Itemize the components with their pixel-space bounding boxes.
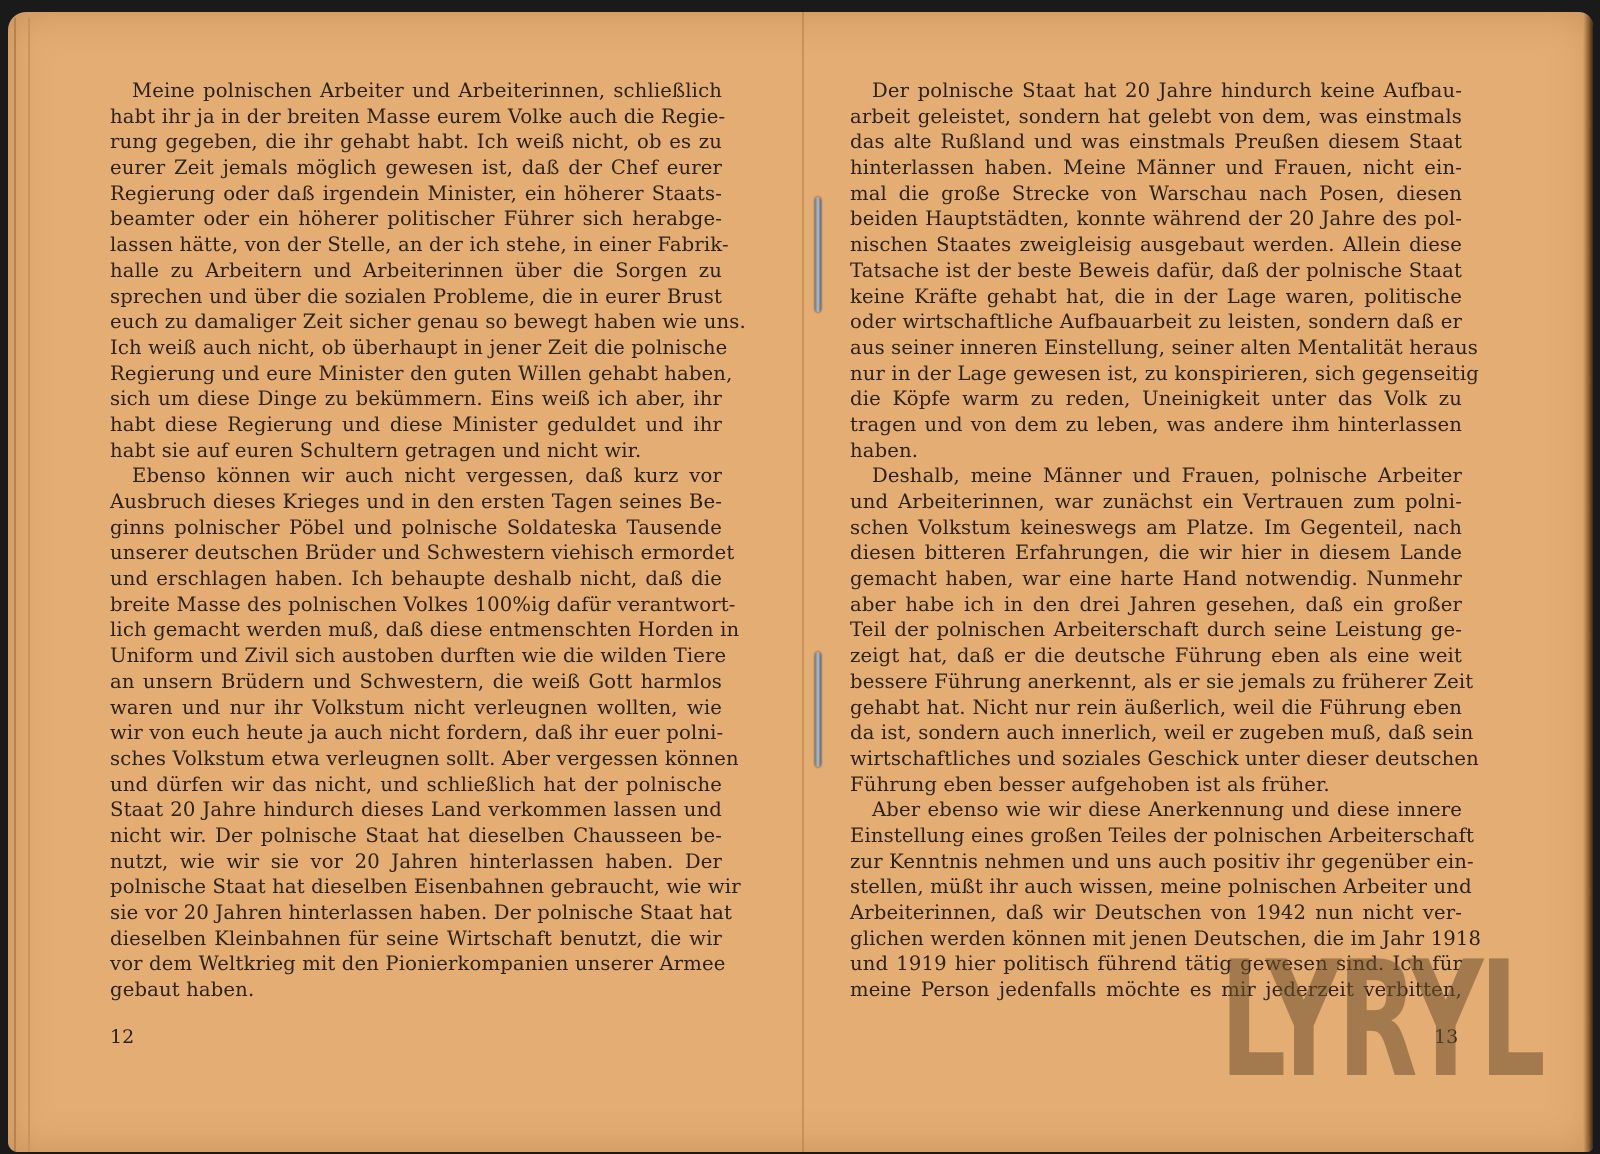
text-line: Der polnische Staat hat 20 Jahre hindurc… xyxy=(850,78,1462,104)
text-line: Einstellung eines großen Teiles der poln… xyxy=(850,823,1462,849)
text-line: Uniform und Zivil sich austoben durften … xyxy=(110,643,722,669)
spine-fold xyxy=(802,12,804,1152)
text-line: waren und nur ihr Volkstum nicht verleug… xyxy=(110,695,722,721)
text-line: tragen und von dem zu leben, was andere … xyxy=(850,412,1462,438)
text-line: halle zu Arbeitern und Arbeiterinnen übe… xyxy=(110,258,722,284)
text-line: Arbeiterinnen, daß wir Deutschen von 194… xyxy=(850,900,1462,926)
text-line: vor dem Weltkrieg mit den Pionierkompani… xyxy=(110,951,722,977)
text-line: mal die große Strecke von Warschau nach … xyxy=(850,181,1462,207)
text-line: ginns polnischer Pöbel und polnische Sol… xyxy=(110,515,722,541)
text-line: hinterlassen haben. Meine Männer und Fra… xyxy=(850,155,1462,181)
cover-edge xyxy=(1583,12,1593,1152)
right-page-number: 13 xyxy=(1434,1026,1458,1048)
text-line: und erschlagen haben. Ich behaupte desha… xyxy=(110,566,722,592)
text-line: nutzt, wie wir sie vor 20 Jahren hinterl… xyxy=(110,849,722,875)
text-line: und dürfen wir das nicht, und schließlic… xyxy=(110,772,722,798)
text-line: wir von euch heute ja auch nicht fordern… xyxy=(110,720,722,746)
text-line: beamter oder ein höherer politischer Füh… xyxy=(110,206,722,232)
text-line: Führung eben besser aufgehoben ist als f… xyxy=(850,772,1462,798)
text-line: nur in der Lage gewesen ist, zu konspiri… xyxy=(850,361,1462,387)
text-line: und 1919 hier politisch führend tätig ge… xyxy=(850,951,1462,977)
left-page-number: 12 xyxy=(110,1026,134,1048)
text-line: gehabt hat. Nicht nur rein äußerlich, we… xyxy=(850,695,1462,721)
text-line: lassen hätte, von der Stelle, an der ich… xyxy=(110,232,722,258)
text-line: habt ihr ja in der breiten Masse eurem V… xyxy=(110,104,722,130)
text-line: aus seiner inneren Einstellung, seiner a… xyxy=(850,335,1462,361)
text-line: dieselben Kleinbahnen für seine Wirtscha… xyxy=(110,926,722,952)
text-line: Teil der polnischen Arbeiterschaft durch… xyxy=(850,617,1462,643)
text-line: wirtschaftliches und soziales Geschick u… xyxy=(850,746,1462,772)
text-line: Regierung oder daß irgendein Minister, e… xyxy=(110,181,722,207)
left-page-text: Meine polnischen Arbeiter und Arbeiterin… xyxy=(110,78,722,1003)
text-line: da ist, sondern auch innerlich, weil er … xyxy=(850,720,1462,746)
text-line: lich gemacht werden muß, daß diese entme… xyxy=(110,617,722,643)
text-line: meine Person jedenfalls möchte es mir je… xyxy=(850,977,1462,1003)
text-line: polnische Staat hat dieselben Eisenbahne… xyxy=(110,874,722,900)
text-line: gemacht haben, war eine harte Hand notwe… xyxy=(850,566,1462,592)
text-line: habt sie auf euren Schultern getragen un… xyxy=(110,438,722,464)
text-line: Tatsache ist der beste Beweis dafür, daß… xyxy=(850,258,1462,284)
text-line: sprechen und über die sozialen Probleme,… xyxy=(110,284,722,310)
text-line: schen Volkstum keineswegs am Platze. Im … xyxy=(850,515,1462,541)
text-line: Meine polnischen Arbeiter und Arbeiterin… xyxy=(110,78,722,104)
text-line: Ausbruch dieses Krieges und in den erste… xyxy=(110,489,722,515)
text-line: beiden Hauptstädten, konnte während der … xyxy=(850,206,1462,232)
text-line: oder wirtschaftliche Aufbauarbeit zu lei… xyxy=(850,309,1462,335)
text-line: Staat 20 Jahre hindurch dieses Land verk… xyxy=(110,797,722,823)
text-line: Ich weiß auch nicht, ob überhaupt in jen… xyxy=(110,335,722,361)
text-line: an unsern Brüdern und Schwestern, die we… xyxy=(110,669,722,695)
text-line: haben. xyxy=(850,438,1462,464)
text-line: Regierung und eure Minister den guten Wi… xyxy=(110,361,722,387)
text-line: keine Kräfte gehabt hat, die in der Lage… xyxy=(850,284,1462,310)
text-line: die Köpfe warm zu reden, Uneinigkeit unt… xyxy=(850,386,1462,412)
text-line: sches Volkstum etwa verleugnen sollt. Ab… xyxy=(110,746,722,772)
text-line: nicht wir. Der polnische Staat hat diese… xyxy=(110,823,722,849)
text-line: und Arbeiterinnen, war zunächst ein Vert… xyxy=(850,489,1462,515)
text-line: Deshalb, meine Männer und Frauen, polnis… xyxy=(850,463,1462,489)
text-line: eurer Zeit jemals möglich gewesen ist, d… xyxy=(110,155,722,181)
text-line: bessere Führung anerkennt, als er sie je… xyxy=(850,669,1462,695)
text-line: breite Masse des polnischen Volkes 100%i… xyxy=(110,592,722,618)
text-line: das alte Rußland und was einstmals Preuß… xyxy=(850,129,1462,155)
text-line: gebaut haben. xyxy=(110,977,722,1003)
text-line: rung gegeben, die ihr gehabt habt. Ich w… xyxy=(110,129,722,155)
staple-icon xyxy=(815,197,821,312)
text-line: stellen, müßt ihr auch wissen, meine pol… xyxy=(850,874,1462,900)
text-line: unserer deutschen Brüder und Schwestern … xyxy=(110,540,722,566)
text-line: aber habe ich in den drei Jahren gesehen… xyxy=(850,592,1462,618)
page-stack-edge xyxy=(14,18,30,1152)
text-line: glichen werden können mit jenen Deutsche… xyxy=(850,926,1462,952)
text-line: sich um diese Dinge zu bekümmern. Eins w… xyxy=(110,386,722,412)
text-line: Aber ebenso wie wir diese Anerkennung un… xyxy=(850,797,1462,823)
text-line: zeigt hat, daß er die deutsche Führung e… xyxy=(850,643,1462,669)
text-line: euch zu damaliger Zeit sicher genau so b… xyxy=(110,309,722,335)
text-line: sie vor 20 Jahren hinterlassen haben. De… xyxy=(110,900,722,926)
text-line: diesen bitteren Erfahrungen, die wir hie… xyxy=(850,540,1462,566)
text-line: arbeit geleistet, sondern hat gelebt von… xyxy=(850,104,1462,130)
text-line: habt diese Regierung und diese Minister … xyxy=(110,412,722,438)
text-line: zur Kenntnis nehmen und uns auch positiv… xyxy=(850,849,1462,875)
staple-icon xyxy=(815,652,821,767)
text-line: Ebenso können wir auch nicht vergessen, … xyxy=(110,463,722,489)
right-page-text: Der polnische Staat hat 20 Jahre hindurc… xyxy=(850,78,1462,1003)
text-line: nischen Staates zweigleisig ausgebaut we… xyxy=(850,232,1462,258)
